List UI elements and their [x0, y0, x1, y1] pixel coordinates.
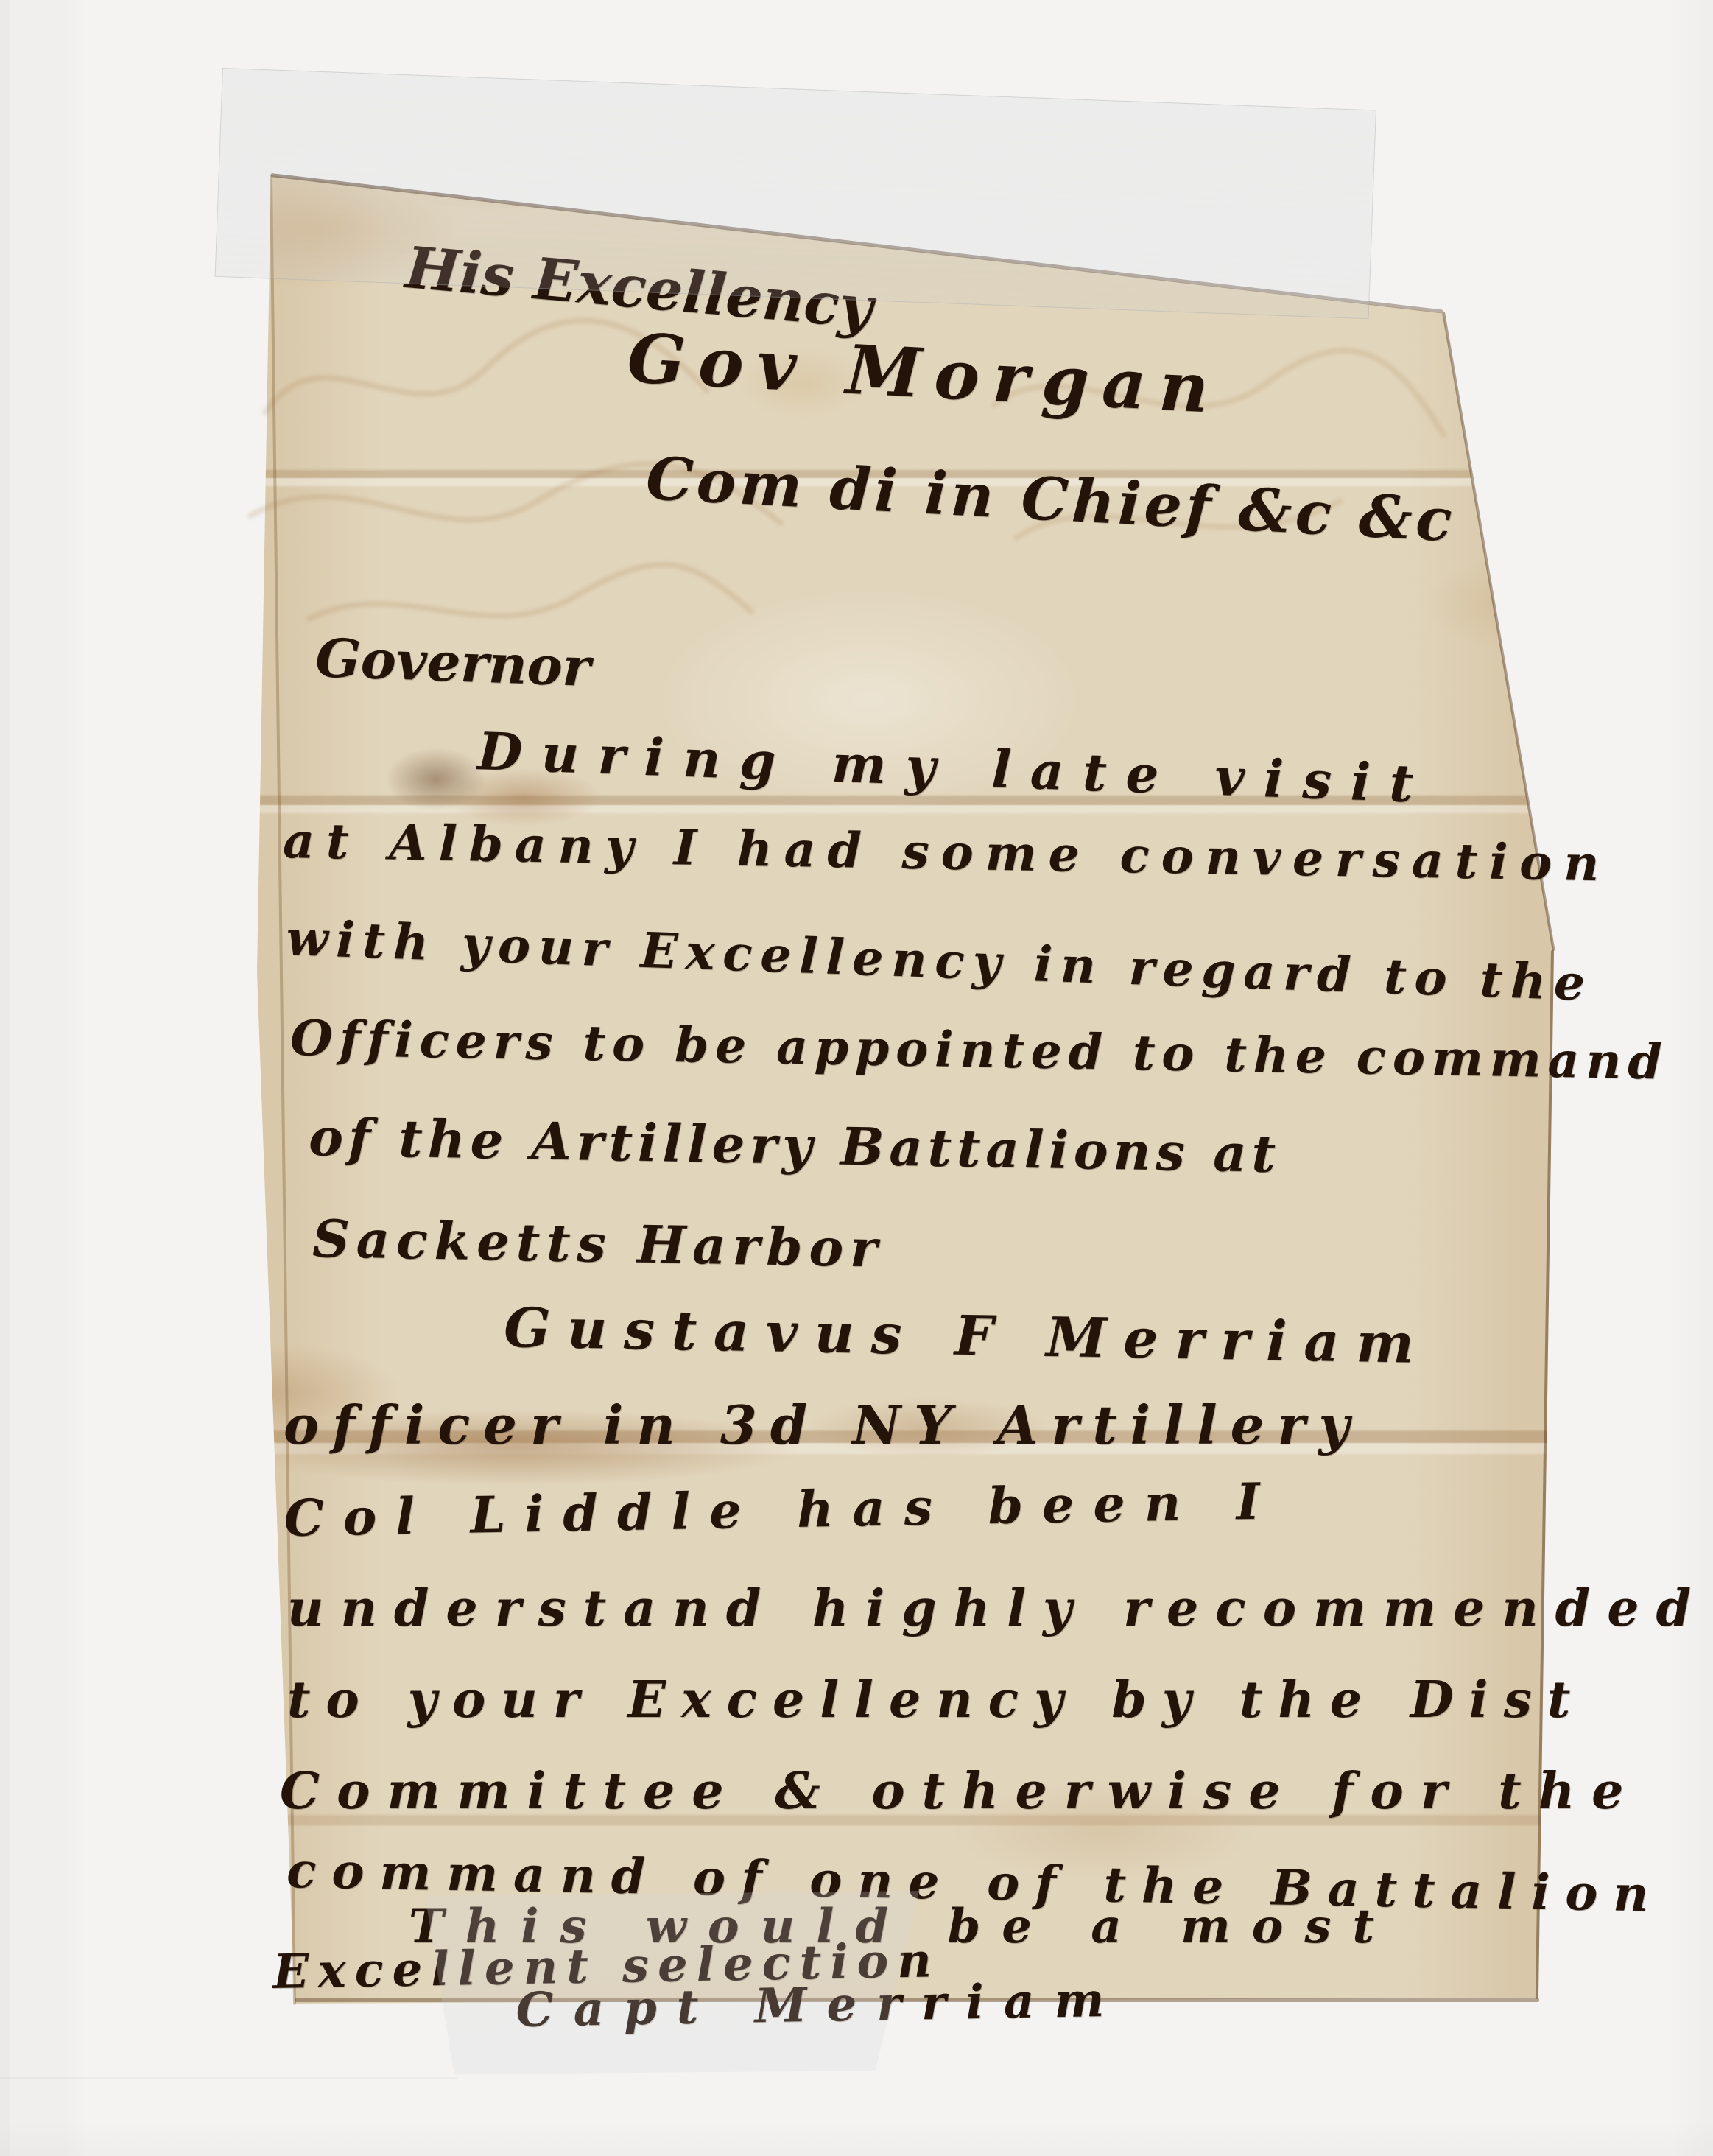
- manuscript-line: During my late visit: [476, 720, 1433, 815]
- manuscript-line: Committee & otherwise for the: [280, 1762, 1640, 1821]
- manuscript-line: at Albany I had some conversation: [283, 812, 1611, 892]
- manuscript-line: Col Liddle has been I: [284, 1472, 1279, 1548]
- manuscript-line: Gov Morgan: [625, 318, 1223, 429]
- manuscript-line: Gustavus F Merriam: [503, 1296, 1431, 1376]
- manuscript-text: His ExcellencyGov MorganCom di in Chief …: [0, 0, 1713, 2156]
- manuscript-line: of the Artillery Battalions at: [309, 1106, 1281, 1184]
- photo-of-letter: His ExcellencyGov MorganCom di in Chief …: [0, 0, 1713, 2156]
- manuscript-line: understand highly recommended: [287, 1579, 1708, 1638]
- manuscript-line: Governor: [314, 626, 591, 698]
- manuscript-line: Officers to be appointed to the command: [290, 1009, 1670, 1091]
- manuscript-line: with your Excellency in regard to the: [285, 909, 1594, 1012]
- manuscript-line: Com di in Chief &c &c: [644, 443, 1457, 555]
- manuscript-line: Sacketts Harbor: [312, 1208, 884, 1279]
- manuscript-line: Capt Merriam: [516, 1973, 1125, 2038]
- manuscript-line: to your Excellency by the Dist: [287, 1671, 1586, 1730]
- manuscript-line: officer in 3d NY Artillery: [284, 1394, 1362, 1456]
